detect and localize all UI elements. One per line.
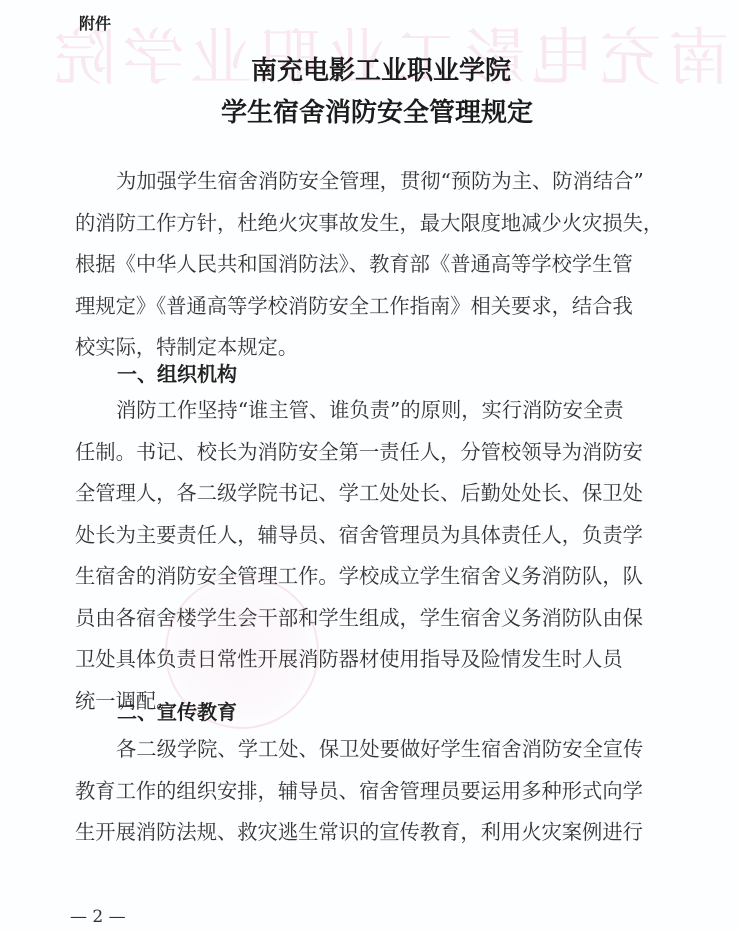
intro-paragraph: 为加强学生宿舍消防安全管理，贯彻“预防为主、防消结合” 的消防工作方针，杜绝火灾…	[75, 161, 665, 369]
text-line: 各二级学院、学工处、保卫处要做好学生宿舍消防安全宣传	[75, 729, 665, 771]
section-organization-paragraph: 消防工作坚持“谁主管、谁负责”的原则，实行消防安全责 任制。书记、校长为消防安全…	[75, 390, 665, 722]
document-title-line2: 学生宿舍消防安全管理规定	[8, 92, 738, 129]
text-line: 员由各宿舍楼学生会干部和学生组成，学生宿舍义务消防队由保	[75, 598, 665, 640]
text-line: 教育工作的组织安排，辅导员、宿舍管理员要运用多种形式向学	[75, 771, 665, 813]
page-number: — 2 —	[70, 907, 126, 927]
attachment-label: 附件	[79, 11, 111, 34]
text-line: 理规定》《普通高等学校消防安全工作指南》相关要求，结合我	[75, 286, 665, 328]
text-line: 全管理人，各二级学院书记、学工处处长、后勤处处长、保卫处	[75, 473, 665, 515]
text-line: 为加强学生宿舍消防安全管理，贯彻“预防为主、防消结合”	[75, 161, 665, 203]
section-heading-organization: 一、组织机构	[117, 358, 237, 387]
text-line: 生开展消防法规、救灾逃生常识的宣传教育，利用火灾案例进行	[75, 812, 665, 854]
text-line: 任制。书记、校长为消防安全第一责任人，分管校领导为消防安	[75, 432, 665, 474]
text-line: 根据《中华人民共和国消防法》、教育部《普通高等学校学生管	[75, 244, 665, 286]
text-line: 生宿舍的消防安全管理工作。学校成立学生宿舍义务消防队，队	[75, 556, 665, 598]
text-line: 消防工作坚持“谁主管、谁负责”的原则，实行消防安全责	[75, 390, 665, 432]
text-line: 的消防工作方针，杜绝火灾事故发生，最大限度地减少火灾损失，	[75, 203, 665, 245]
document-title-line1: 南充电影工业职业学院	[12, 50, 738, 87]
text-line: 处长为主要责任人，辅导员、宿舍管理员为具体责任人，负责学	[75, 515, 665, 557]
section-education-paragraph: 各二级学院、学工处、保卫处要做好学生宿舍消防安全宣传 教育工作的组织安排，辅导员…	[75, 729, 665, 854]
text-line: 卫处具体负责日常性开展消防器材使用指导及险情发生时人员	[75, 639, 665, 681]
section-heading-education: 二、宣传教育	[117, 696, 237, 725]
